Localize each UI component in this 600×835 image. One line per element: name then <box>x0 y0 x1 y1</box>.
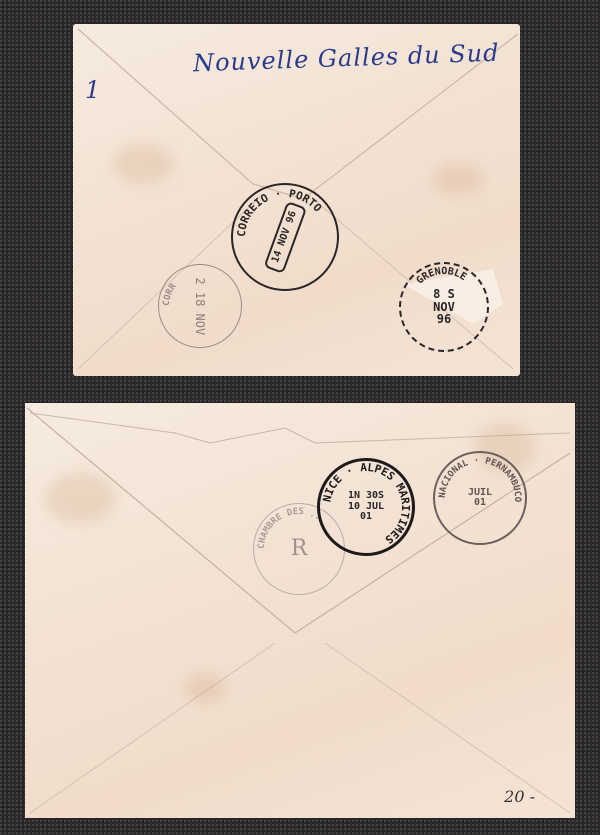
postmark-grenoble: GRENOBLE 8 S NOV 96 <box>399 262 489 352</box>
postmark-letter: R <box>291 537 308 560</box>
envelope-top: Nouvelle Galles du Sud 1 CORREIO · PORTO… <box>73 24 520 376</box>
postmark-nice: NICE · ALPES MARITIMES 1N 30S 10 JUL 01 <box>317 458 415 556</box>
svg-text:CORR: CORR <box>162 281 179 306</box>
postmark-date: 8 S NOV 96 <box>433 288 455 326</box>
postmark-date: JUIL 01 <box>468 488 492 509</box>
envelope-bottom: CHAMBRE DES ... R NICE · ALPES MARITIMES… <box>25 403 575 818</box>
handwritten-number: 1 <box>85 76 100 104</box>
postmark-date: 2 18 NOV <box>194 277 207 335</box>
svg-text:GRENOBLE: GRENOBLE <box>415 266 469 287</box>
handwritten-price: 20 - <box>504 787 535 806</box>
postmark-date: 1N 30S 10 JUL 01 <box>348 491 384 523</box>
postmark-corr: CORR 2 18 NOV <box>158 264 242 348</box>
postmark-porto: CORREIO · PORTO 14 NOV 96 <box>231 183 339 291</box>
postmark-nacional: NACIONAL · PERNAMBUCO JUIL 01 <box>433 451 527 545</box>
